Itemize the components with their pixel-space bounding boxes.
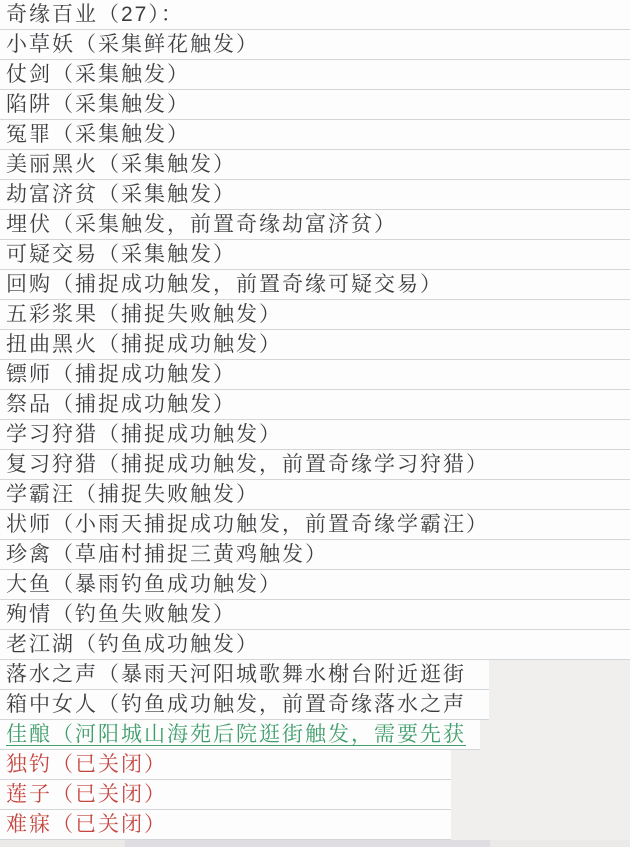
- encounter-row: 小草妖（采集鲜花触发）: [0, 30, 630, 60]
- encounter-condition: （捕捉失败触发）: [98, 303, 282, 326]
- row-cell: 老江湖（钓鱼成功触发）: [0, 630, 630, 660]
- row-cell: 埋伏（采集触发，前置奇缘劫富济贫）: [0, 210, 630, 240]
- encounter-label: 小草妖（采集鲜花触发）: [6, 34, 259, 55]
- encounter-row: 殉情（钓鱼失败触发）: [0, 600, 630, 630]
- row-cell: 佳酿（河阳城山海苑后院逛街触发，需要先获: [0, 720, 480, 750]
- encounter-condition: （捕捉成功触发，前置奇缘可疑交易）: [52, 273, 443, 296]
- encounter-name: 劫富济贫: [6, 183, 98, 206]
- encounter-label: 祭品（捕捉成功触发）: [6, 394, 236, 415]
- encounter-label: 五彩浆果（捕捉失败触发）: [6, 304, 282, 325]
- encounter-condition: （采集触发）: [98, 153, 236, 176]
- encounter-name: 独钓: [6, 753, 52, 776]
- encounter-label: 埋伏（采集触发，前置奇缘劫富济贫）: [6, 214, 397, 235]
- encounter-label: 美丽黑火（采集触发）: [6, 154, 236, 175]
- encounter-row: 冤罪（采集触发）: [0, 120, 630, 150]
- closed-encounter-row: 独钓（已关闭）: [0, 750, 630, 780]
- encounter-condition: （采集触发，前置奇缘劫富济贫）: [52, 213, 397, 236]
- encounter-label: 学习狩猎（捕捉成功触发）: [6, 424, 282, 445]
- encounter-list-screen: 奇缘百业（27）：小草妖（采集鲜花触发）仗剑（采集触发）陷阱（采集触发）冤罪（采…: [0, 0, 630, 847]
- encounter-row: 仗剑（采集触发）: [0, 60, 630, 90]
- encounter-name: 复习狩猎: [6, 453, 98, 476]
- row-cell: 扭曲黑火（捕捉成功触发）: [0, 330, 630, 360]
- row-cell: 学霸汪（捕捉失败触发）: [0, 480, 630, 510]
- row-cell: 状师（小雨天捕捉成功触发，前置奇缘学霸汪）: [0, 510, 630, 540]
- encounter-name: 仗剑: [6, 63, 52, 86]
- encounter-condition: （捕捉成功触发，前置奇缘学习狩猎）: [98, 453, 489, 476]
- encounter-condition: （采集触发）: [52, 63, 190, 86]
- row-cell: 美丽黑火（采集触发）: [0, 150, 630, 180]
- row-cell: 独钓（已关闭）: [0, 750, 451, 780]
- encounter-name: 镖师: [6, 363, 52, 386]
- encounter-name: 难寐: [6, 813, 52, 836]
- encounter-name: 状师: [6, 513, 52, 536]
- encounter-name: 冤罪: [6, 123, 52, 146]
- encounter-row: 复习狩猎（捕捉成功触发，前置奇缘学习狩猎）: [0, 450, 630, 480]
- row-cell: 劫富济贫（采集触发）: [0, 180, 630, 210]
- encounter-name: 奇缘百业: [6, 3, 98, 26]
- row-cell: 落水之声（暴雨天河阳城歌舞水榭台附近逛街: [0, 660, 489, 690]
- closed-encounter-label: 难寐（已关闭）: [6, 814, 167, 835]
- encounter-condition: （暴雨钓鱼成功触发）: [52, 573, 282, 596]
- encounter-row: 扭曲黑火（捕捉成功触发）: [0, 330, 630, 360]
- row-cell: 镖师（捕捉成功触发）: [0, 360, 630, 390]
- encounter-condition: （捕捉成功触发）: [98, 333, 282, 356]
- encounter-row: 学霸汪（捕捉失败触发）: [0, 480, 630, 510]
- encounter-condition: （已关闭）: [52, 813, 167, 836]
- encounter-row: 老江湖（钓鱼成功触发）: [0, 630, 630, 660]
- encounter-name: 落水之声: [6, 663, 98, 686]
- encounter-name: 可疑交易: [6, 243, 98, 266]
- encounter-condition: （采集触发）: [52, 123, 190, 146]
- encounter-label: 殉情（钓鱼失败触发）: [6, 604, 236, 625]
- encounter-condition: （草庙村捕捉三黄鸡触发）: [52, 543, 328, 566]
- row-cell: 祭品（捕捉成功触发）: [0, 390, 630, 420]
- encounter-label: 扭曲黑火（捕捉成功触发）: [6, 334, 282, 355]
- encounter-label: 冤罪（采集触发）: [6, 124, 190, 145]
- encounter-row: 珍禽（草庙村捕捉三黄鸡触发）: [0, 540, 630, 570]
- encounter-condition: （捕捉成功触发）: [52, 393, 236, 416]
- encounter-condition: （已关闭）: [52, 753, 167, 776]
- encounter-name: 学习狩猎: [6, 423, 98, 446]
- encounter-row: 箱中女人（钓鱼成功触发，前置奇缘落水之声: [0, 690, 630, 720]
- encounter-condition: （钓鱼失败触发）: [52, 603, 236, 626]
- row-cell: 陷阱（采集触发）: [0, 90, 630, 120]
- row-cell: 莲子（已关闭）: [0, 780, 451, 810]
- closed-encounter-row: 难寐（已关闭）: [0, 810, 630, 840]
- encounter-row: 回购（捕捉成功触发，前置奇缘可疑交易）: [0, 270, 630, 300]
- encounter-condition: （钓鱼成功触发）: [75, 633, 259, 656]
- encounter-name: 珍禽: [6, 543, 52, 566]
- encounter-name: 佳酿: [6, 723, 52, 746]
- encounter-condition: （捕捉成功触发）: [52, 363, 236, 386]
- encounter-condition: （捕捉成功触发）: [98, 423, 282, 446]
- encounter-name: 祭品: [6, 393, 52, 416]
- encounter-row: 埋伏（采集触发，前置奇缘劫富济贫）: [0, 210, 630, 240]
- row-cell: 可疑交易（采集触发）: [0, 240, 630, 270]
- encounter-name: 学霸汪: [6, 483, 75, 506]
- encounter-list: 奇缘百业（27）：小草妖（采集鲜花触发）仗剑（采集触发）陷阱（采集触发）冤罪（采…: [0, 0, 630, 840]
- closed-encounter-label: 独钓（已关闭）: [6, 754, 167, 775]
- encounter-name: 扭曲黑火: [6, 333, 98, 356]
- encounter-label: 回购（捕捉成功触发，前置奇缘可疑交易）: [6, 274, 443, 295]
- encounter-condition: （钓鱼成功触发，前置奇缘落水之声: [98, 693, 466, 716]
- encounter-row: 落水之声（暴雨天河阳城歌舞水榭台附近逛街: [0, 660, 630, 690]
- encounter-label: 落水之声（暴雨天河阳城歌舞水榭台附近逛街: [6, 664, 466, 685]
- row-cell: 回购（捕捉成功触发，前置奇缘可疑交易）: [0, 270, 630, 300]
- row-cell: 复习狩猎（捕捉成功触发，前置奇缘学习狩猎）: [0, 450, 630, 480]
- encounter-row: 美丽黑火（采集触发）: [0, 150, 630, 180]
- row-cell: 殉情（钓鱼失败触发）: [0, 600, 630, 630]
- row-cell: 难寐（已关闭）: [0, 810, 451, 840]
- encounter-name: 老江湖: [6, 633, 75, 656]
- encounter-row: 镖师（捕捉成功触发）: [0, 360, 630, 390]
- encounter-row: 五彩浆果（捕捉失败触发）: [0, 300, 630, 330]
- encounter-row: 学习狩猎（捕捉成功触发）: [0, 420, 630, 450]
- row-cell: 五彩浆果（捕捉失败触发）: [0, 300, 630, 330]
- encounter-name: 埋伏: [6, 213, 52, 236]
- encounter-label: 大鱼（暴雨钓鱼成功触发）: [6, 574, 282, 595]
- encounter-condition: （27）：: [98, 3, 184, 26]
- closed-encounter-row: 莲子（已关闭）: [0, 780, 630, 810]
- encounter-name: 回购: [6, 273, 52, 296]
- encounter-name: 小草妖: [6, 33, 75, 56]
- encounter-label: 学霸汪（捕捉失败触发）: [6, 484, 259, 505]
- page-title: 奇缘百业（27）：: [6, 4, 184, 25]
- encounter-row: 陷阱（采集触发）: [0, 90, 630, 120]
- encounter-condition: （暴雨天河阳城歌舞水榭台附近逛街: [98, 663, 466, 686]
- encounter-name: 五彩浆果: [6, 303, 98, 326]
- encounter-row: 劫富济贫（采集触发）: [0, 180, 630, 210]
- row-cell: 箱中女人（钓鱼成功触发，前置奇缘落水之声: [0, 690, 489, 720]
- encounter-link[interactable]: 佳酿（河阳城山海苑后院逛街触发，需要先获: [6, 724, 466, 745]
- row-cell: 大鱼（暴雨钓鱼成功触发）: [0, 570, 630, 600]
- encounter-row: 大鱼（暴雨钓鱼成功触发）: [0, 570, 630, 600]
- encounter-label: 状师（小雨天捕捉成功触发，前置奇缘学霸汪）: [6, 514, 489, 535]
- encounter-row: 祭品（捕捉成功触发）: [0, 390, 630, 420]
- encounter-name: 箱中女人: [6, 693, 98, 716]
- encounter-label: 珍禽（草庙村捕捉三黄鸡触发）: [6, 544, 328, 565]
- encounter-row: 可疑交易（采集触发）: [0, 240, 630, 270]
- row-cell: 珍禽（草庙村捕捉三黄鸡触发）: [0, 540, 630, 570]
- encounter-label: 镖师（捕捉成功触发）: [6, 364, 236, 385]
- row-cell: 小草妖（采集鲜花触发）: [0, 30, 630, 60]
- encounter-name: 陷阱: [6, 93, 52, 116]
- encounter-name: 莲子: [6, 783, 52, 806]
- encounter-name: 大鱼: [6, 573, 52, 596]
- encounter-condition: （采集触发）: [52, 93, 190, 116]
- row-cell: 奇缘百业（27）：: [0, 0, 630, 30]
- encounter-label: 可疑交易（采集触发）: [6, 244, 236, 265]
- encounter-row: 状师（小雨天捕捉成功触发，前置奇缘学霸汪）: [0, 510, 630, 540]
- encounter-link-row: 佳酿（河阳城山海苑后院逛街触发，需要先获: [0, 720, 630, 750]
- closed-encounter-label: 莲子（已关闭）: [6, 784, 167, 805]
- encounter-condition: （采集鲜花触发）: [75, 33, 259, 56]
- bottom-strip: [0, 840, 630, 847]
- page-title-row: 奇缘百业（27）：: [0, 0, 630, 30]
- row-cell: 冤罪（采集触发）: [0, 120, 630, 150]
- encounter-condition: （捕捉失败触发）: [75, 483, 259, 506]
- encounter-condition: （采集触发）: [98, 243, 236, 266]
- row-cell: 仗剑（采集触发）: [0, 60, 630, 90]
- encounter-label: 复习狩猎（捕捉成功触发，前置奇缘学习狩猎）: [6, 454, 489, 475]
- encounter-condition: （小雨天捕捉成功触发，前置奇缘学霸汪）: [52, 513, 489, 536]
- bottom-strip-shade: [125, 840, 490, 847]
- encounter-condition: （采集触发）: [98, 183, 236, 206]
- row-cell: 学习狩猎（捕捉成功触发）: [0, 420, 630, 450]
- encounter-label: 箱中女人（钓鱼成功触发，前置奇缘落水之声: [6, 694, 466, 715]
- encounter-name: 殉情: [6, 603, 52, 626]
- encounter-label: 老江湖（钓鱼成功触发）: [6, 634, 259, 655]
- encounter-condition: （已关闭）: [52, 783, 167, 806]
- encounter-name: 美丽黑火: [6, 153, 98, 176]
- encounter-label: 陷阱（采集触发）: [6, 94, 190, 115]
- encounter-condition: （河阳城山海苑后院逛街触发，需要先获: [52, 723, 466, 746]
- encounter-label: 劫富济贫（采集触发）: [6, 184, 236, 205]
- encounter-label: 仗剑（采集触发）: [6, 64, 190, 85]
